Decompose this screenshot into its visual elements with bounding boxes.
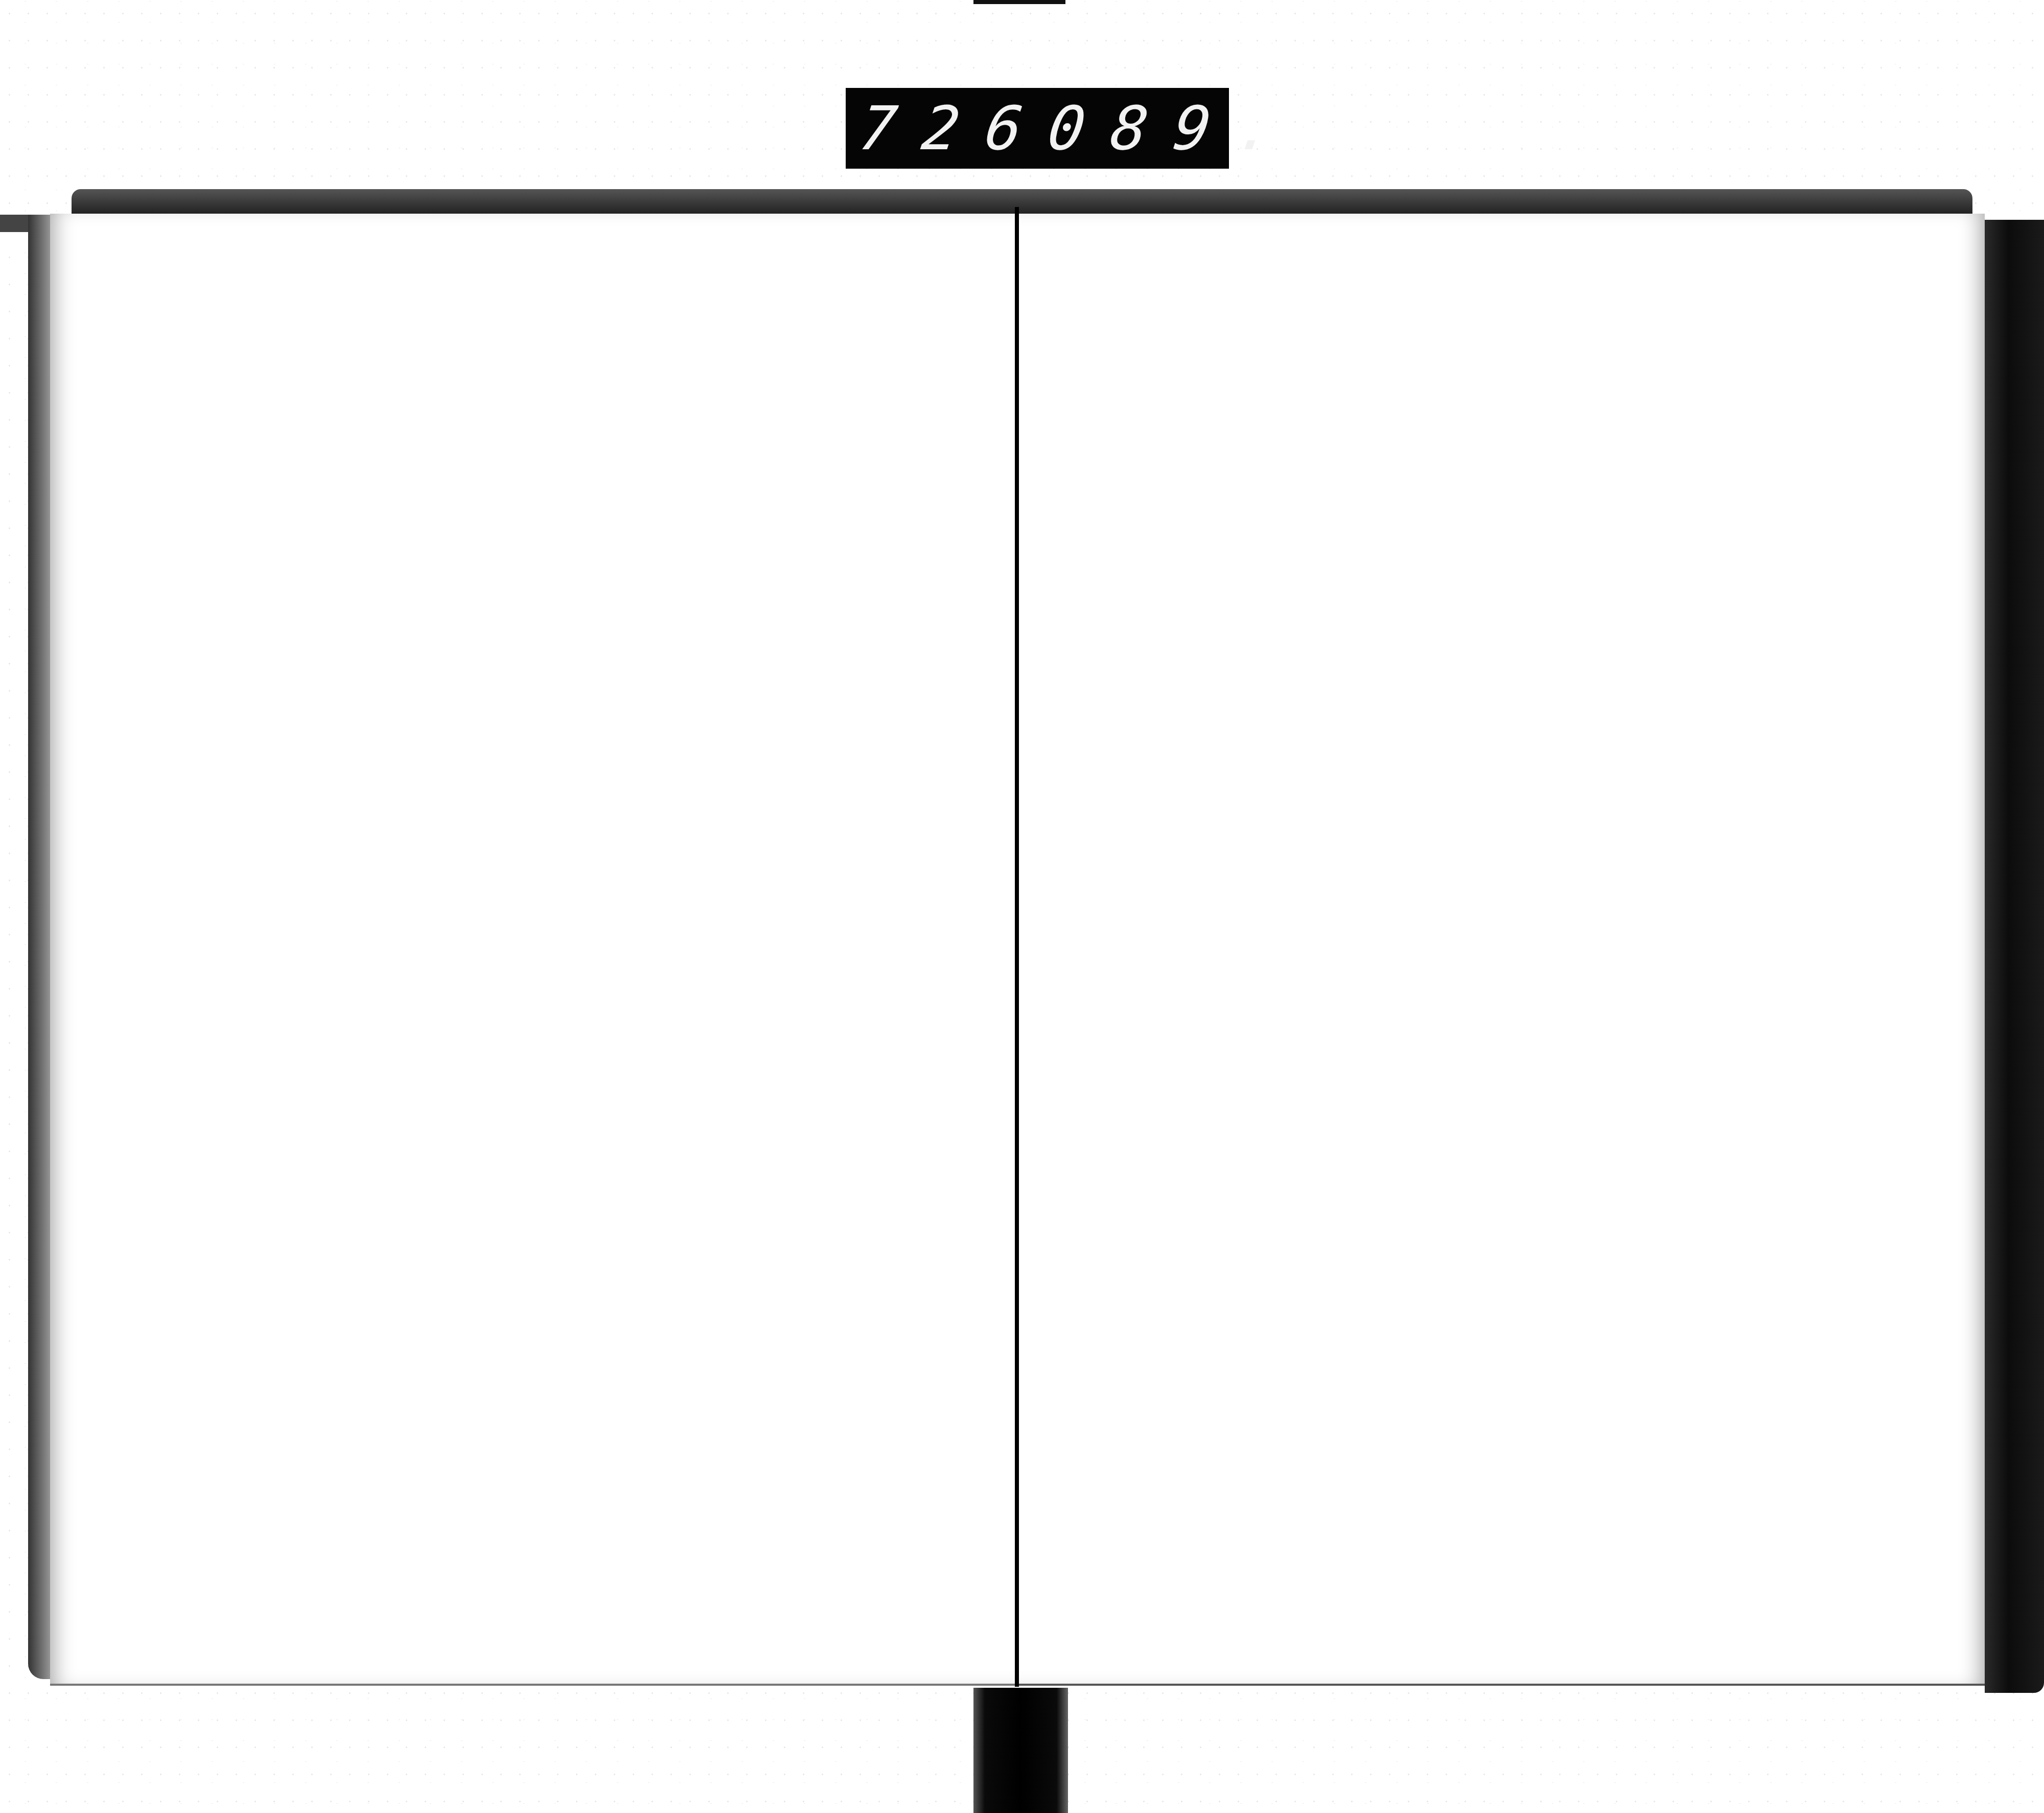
left-page bbox=[50, 214, 1017, 1686]
right-page-stack-edge bbox=[1985, 220, 2044, 1693]
bookmark-ribbon bbox=[973, 1688, 1068, 1813]
book-top-edge bbox=[72, 189, 1972, 214]
counter-left-digits: 726 bbox=[856, 98, 1053, 158]
counter-right-digits: 089. bbox=[1044, 98, 1305, 158]
top-clip-strip bbox=[973, 0, 1065, 4]
frame-counter-display: 726 089. bbox=[846, 88, 1229, 169]
right-page bbox=[1019, 214, 1985, 1686]
left-cover-edge bbox=[28, 215, 51, 1679]
book-gutter bbox=[1015, 207, 1019, 1687]
